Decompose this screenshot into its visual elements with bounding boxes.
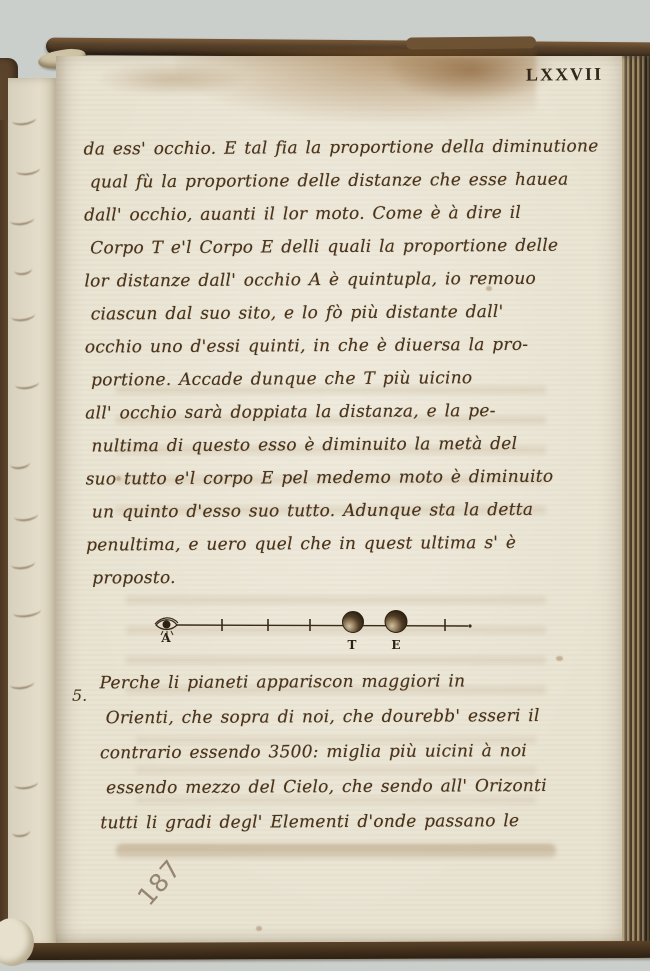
manuscript-line: da ess' occhio. E tal fia la proportione… <box>84 136 589 172</box>
foxing-spot <box>256 926 262 931</box>
manuscript-line: dall' occhio, auanti il lor moto. Come è… <box>84 202 589 238</box>
facing-page-writing-fragment <box>10 308 35 322</box>
line-endpoint <box>468 624 471 627</box>
paragraph-1: da ess' occhio. E tal fia la proportione… <box>84 136 592 601</box>
spine-leather-patch <box>406 36 536 49</box>
paragraph-2: Perche li pianeti appariscon maggiori in… <box>100 671 601 849</box>
manuscript-line: essendo mezzo del Cielo, che sendo all' … <box>100 776 600 814</box>
manuscript-line: Perche li pianeti appariscon maggiori in <box>100 671 600 709</box>
manuscript-line: contrario essendo 3500: miglia più uicin… <box>100 741 600 779</box>
paper-stain <box>96 62 246 96</box>
facing-page-writing-fragment <box>13 508 38 522</box>
manuscript-line: proposto. <box>86 565 591 601</box>
facing-page-writing-fragment <box>13 776 38 790</box>
label-E: E <box>391 638 400 652</box>
facing-page-writing-fragment <box>9 676 34 690</box>
facing-page-writing-fragment <box>10 556 35 570</box>
facing-page-writing-fragment <box>13 263 32 276</box>
paper-stain <box>176 50 536 122</box>
facing-page-writing-fragment <box>15 162 40 176</box>
manuscript-line: qual fù la proportione delle distanze ch… <box>84 169 589 205</box>
manuscript-line: penultima, e uero quel che in quest ulti… <box>86 532 591 568</box>
facing-page-writing-fragment <box>11 112 36 126</box>
manuscript-line: tutti li gradi degl' Elementi d'onde pas… <box>100 811 600 849</box>
label-A: A <box>160 631 171 645</box>
facing-page-writing-fragment <box>11 825 30 838</box>
photo-backdrop: LXXVII da ess' occhio. E tal fia la prop… <box>0 0 650 971</box>
manuscript-line: Orienti, che sopra di noi, che dourebb' … <box>100 706 600 744</box>
sight-line <box>176 625 468 626</box>
manuscript-line: Corpo T e'l Corpo E delli quali la propo… <box>84 235 589 271</box>
optical-diagram: A T E <box>150 606 490 662</box>
manuscript-line: all' occhio sarà doppiata la distanza, e… <box>85 400 590 436</box>
body-E-sphere <box>385 611 407 633</box>
facing-page-writing-fragment <box>12 604 41 619</box>
manuscript-line: portione. Accade dunque che T più uicino <box>85 367 590 403</box>
label-T: T <box>348 638 357 652</box>
pencil-folio-number: 187 <box>132 854 187 911</box>
manuscript-line: lor distanze dall' occhio A è quintupla,… <box>84 268 589 304</box>
facing-page-writing-fragment <box>14 376 39 390</box>
manuscript-line: ciascun dal suo sito, e lo fò più distan… <box>85 301 590 337</box>
manuscript-line: un quinto d'esso suo tutto. Adunque sta … <box>86 499 591 535</box>
facing-page-writing-fragment <box>9 457 30 471</box>
facing-page-writing-fragment <box>9 212 34 226</box>
manuscript-line: nultima di questo esso è diminuito la me… <box>85 433 590 469</box>
facing-page-edges <box>8 78 60 946</box>
manuscript-page: LXXVII da ess' occhio. E tal fia la prop… <box>56 56 634 946</box>
body-T-sphere <box>343 612 364 633</box>
book-bottom-edge <box>12 941 650 960</box>
paragraph-marker: 5. <box>72 686 87 705</box>
manuscript-line: occhio uno d'essi quinti, in che è diuer… <box>85 334 590 370</box>
manuscript-line: suo tutto e'l corpo E pel medemo moto è … <box>86 466 591 502</box>
foxing-spot <box>556 656 563 661</box>
page-stack-fore-edge <box>622 56 650 946</box>
